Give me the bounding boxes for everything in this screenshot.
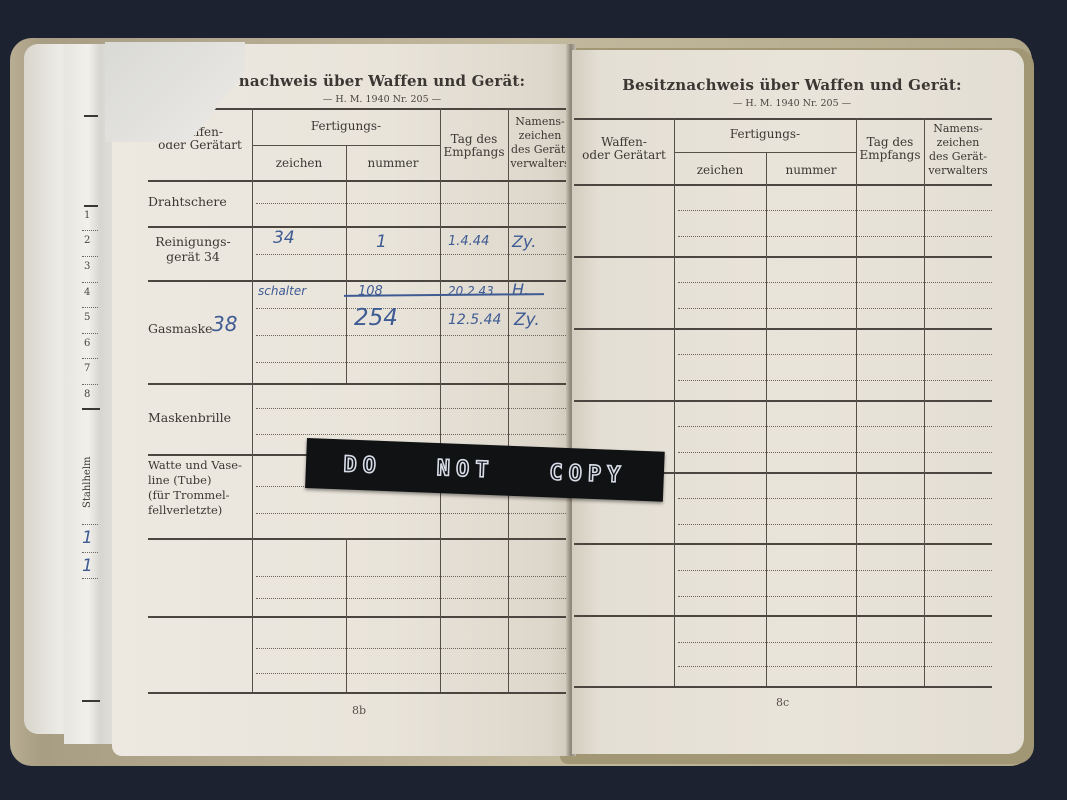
margin-tick [84, 205, 98, 207]
left-page: nachweis über Waffen und Gerät: — H. M. … [112, 44, 572, 756]
row-label-maskenbrille: Maskenbrille [148, 410, 231, 425]
inventory-table-right: Waffen-oder Gerätart Fertigungs- zeichen… [574, 118, 992, 688]
inventory-table-left: Waffen-oder Gerätart Fertigungs- zeichen… [148, 108, 572, 694]
label-word: NOT [436, 456, 495, 483]
header-fertigungs: Fertigungs- [674, 128, 856, 141]
margin-number: 8 [84, 389, 90, 400]
header-nummer: nummer [766, 164, 856, 177]
page-number: 8b [352, 704, 366, 717]
label-word: COPY [549, 460, 627, 488]
header-zeichen: zeichen [674, 164, 766, 177]
stahlhelm-label: Stahlhelm [82, 456, 93, 508]
entry-tag: 12.5.44 [448, 312, 501, 328]
struck-entry-namenszeichen: H. [512, 280, 529, 299]
page-title: Besitznachweis über Waffen und Gerät: [612, 76, 972, 94]
entry-zeichen: 34 [273, 228, 295, 248]
handwritten-count: 1 [82, 556, 93, 576]
row-label-watte-vaseline: Watte und Vase-line (Tube) (für Trommel-… [148, 458, 242, 518]
row-label-reinigungsgeraet: Reinigungs-gerät 34 [148, 234, 238, 264]
margin-tick [82, 700, 100, 702]
margin-number: 1 [84, 210, 90, 221]
row-label-gasmaske: Gasmaske [148, 321, 213, 336]
right-page: Besitznachweis über Waffen und Gerät: — … [572, 50, 1024, 754]
entry-namenszeichen: Zy. [514, 310, 540, 330]
header-waffen-oder-geraetart: Waffen-oder Gerätart [574, 136, 674, 162]
margin-tick [82, 408, 100, 410]
entry-namenszeichen: Zy. [512, 232, 536, 251]
entry-tag: 1.4.44 [448, 234, 489, 249]
page-title: nachweis über Waffen und Gerät: [232, 72, 532, 90]
struck-entry-nummer: 108 [358, 284, 383, 299]
header-namenszeichen: Namens-zeichen des Gerät-verwalters [508, 115, 572, 171]
page-number: 8c [776, 696, 789, 709]
entry-nummer: 254 [354, 305, 398, 331]
header-tag-des-empfangs: Tag desEmpfangs [856, 136, 924, 162]
header-nummer: nummer [346, 157, 440, 170]
header-fertigungs: Fertigungs- [252, 120, 440, 133]
header-namenszeichen: Namens-zeichen des Gerät-verwalters [924, 122, 992, 178]
struck-entry-zeichen: schalter [258, 284, 306, 298]
margin-number: 5 [84, 312, 90, 323]
margin-number: 4 [84, 287, 90, 298]
margin-tick [84, 115, 98, 117]
page-subtitle: — H. M. 1940 Nr. 205 — [662, 98, 922, 109]
margin-number: 2 [84, 235, 90, 246]
margin-number: 7 [84, 363, 90, 374]
handwritten-count: 1 [82, 528, 93, 548]
label-word: DO [343, 452, 382, 478]
margin-number: 6 [84, 338, 90, 349]
header-tag-des-empfangs: Tag desEmpfangs [440, 133, 508, 159]
header-zeichen: zeichen [252, 157, 346, 170]
entry-nummer: 1 [376, 232, 387, 252]
margin-number: 3 [84, 261, 90, 272]
page-subtitle: — H. M. 1940 Nr. 205 — [232, 94, 532, 105]
row-label-drahtschere: Drahtschere [148, 194, 227, 209]
handwritten-model-number: 38 [212, 312, 237, 336]
